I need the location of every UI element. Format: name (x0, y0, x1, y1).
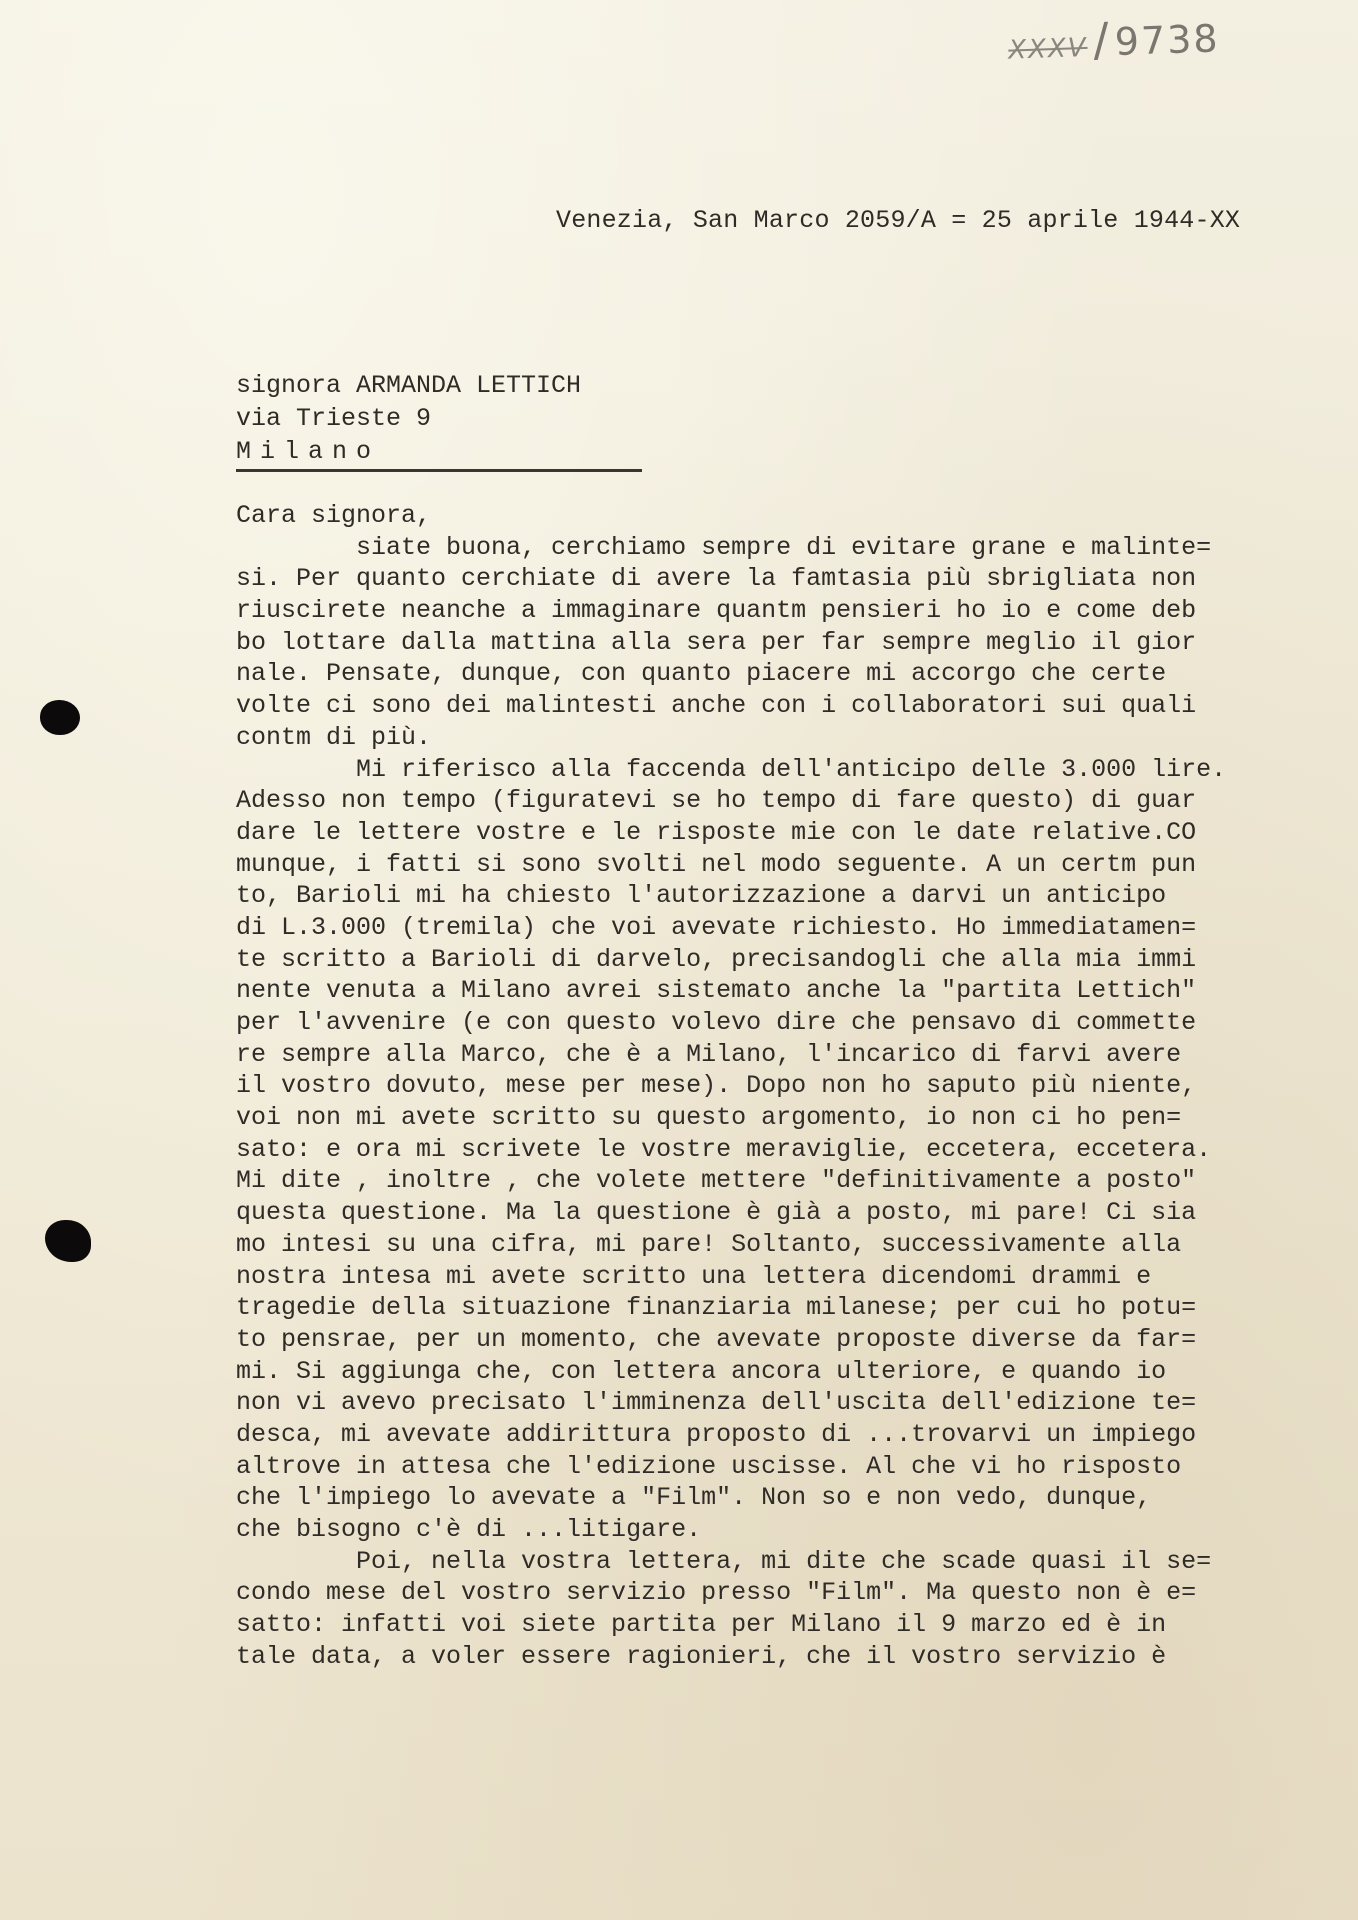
body-line: riuscirete neanche a immaginare quantm p… (236, 595, 1226, 627)
archive-reference-number: XXXV/9738 (1007, 8, 1220, 69)
body-line: nale. Pensate, dunque, con quanto piacer… (236, 658, 1226, 690)
body-line: te scritto a Barioli di darvelo, precisa… (236, 944, 1226, 976)
body-line: per l'avvenire (e con questo volevo dire… (236, 1007, 1226, 1039)
recipient-address: signora ARMANDA LETTICH via Trieste 9 Mi… (236, 369, 642, 472)
body-line: di L.3.000 (tremila) che voi avevate ric… (236, 912, 1226, 944)
body-line: Poi, nella vostra lettera, mi dite che s… (236, 1546, 1226, 1578)
archive-number-value: 9738 (1114, 16, 1220, 64)
punch-hole-lower (45, 1220, 91, 1262)
body-line: bo lottare dalla mattina alla sera per f… (236, 627, 1226, 659)
body-line: volte ci sono dei malintesti anche con i… (236, 690, 1226, 722)
body-line: nente venuta a Milano avrei sistemato an… (236, 975, 1226, 1007)
recipient-city: Milano (236, 435, 642, 472)
body-line: contm di più. (236, 722, 1226, 754)
letter-body: Cara signora, siate buona, cerchiamo sem… (236, 500, 1226, 1672)
body-line: munque, i fatti si sono svolti nel modo … (236, 849, 1226, 881)
body-line: non vi avevo precisato l'imminenza dell'… (236, 1387, 1226, 1419)
body-line: tale data, a voler essere ragionieri, ch… (236, 1641, 1226, 1673)
body-line: Mi dite , inoltre , che volete mettere "… (236, 1165, 1226, 1197)
body-line: questa questione. Ma la questione è già … (236, 1197, 1226, 1229)
body-line: re sempre alla Marco, che è a Milano, l'… (236, 1039, 1226, 1071)
letter-dateline: Venezia, San Marco 2059/A = 25 aprile 19… (556, 206, 1240, 235)
recipient-name: signora ARMANDA LETTICH (236, 369, 642, 402)
body-line: mi. Si aggiunga che, con lettera ancora … (236, 1356, 1226, 1388)
body-line: che bisogno c'è di ...litigare. (236, 1514, 1226, 1546)
body-line: mo intesi su una cifra, mi pare! Soltant… (236, 1229, 1226, 1261)
body-line: dare le lettere vostre e le risposte mie… (236, 817, 1226, 849)
body-line: si. Per quanto cerchiate di avere la fam… (236, 563, 1226, 595)
recipient-street: via Trieste 9 (236, 402, 642, 435)
body-line: nostra intesa mi avete scritto una lette… (236, 1261, 1226, 1293)
body-line: tragedie della situazione finanziaria mi… (236, 1292, 1226, 1324)
body-line: condo mese del vostro servizio presso "F… (236, 1577, 1226, 1609)
body-line: satto: infatti voi siete partita per Mil… (236, 1609, 1226, 1641)
body-line: to, Barioli mi ha chiesto l'autorizzazio… (236, 880, 1226, 912)
body-line: il vostro dovuto, mese per mese). Dopo n… (236, 1070, 1226, 1102)
body-line: siate buona, cerchiamo sempre di evitare… (236, 532, 1226, 564)
salutation: Cara signora, (236, 500, 1226, 532)
body-line: sato: e ora mi scrivete le vostre meravi… (236, 1134, 1226, 1166)
body-line: to pensrae, per un momento, che avevate … (236, 1324, 1226, 1356)
body-line: Mi riferisco alla faccenda dell'anticipo… (236, 754, 1226, 786)
archive-separator: / (1092, 12, 1111, 67)
archive-struck-prefix: XXXV (1008, 33, 1088, 66)
body-line: che l'impiego lo avevate a "Film". Non s… (236, 1482, 1226, 1514)
punch-hole-upper (40, 700, 80, 735)
body-line: altrove in attesa che l'edizione uscisse… (236, 1451, 1226, 1483)
body-paragraphs: siate buona, cerchiamo sempre di evitare… (236, 532, 1226, 1673)
body-line: voi non mi avete scritto su questo argom… (236, 1102, 1226, 1134)
body-line: desca, mi avevate addirittura proposto d… (236, 1419, 1226, 1451)
body-line: Adesso non tempo (figuratevi se ho tempo… (236, 785, 1226, 817)
